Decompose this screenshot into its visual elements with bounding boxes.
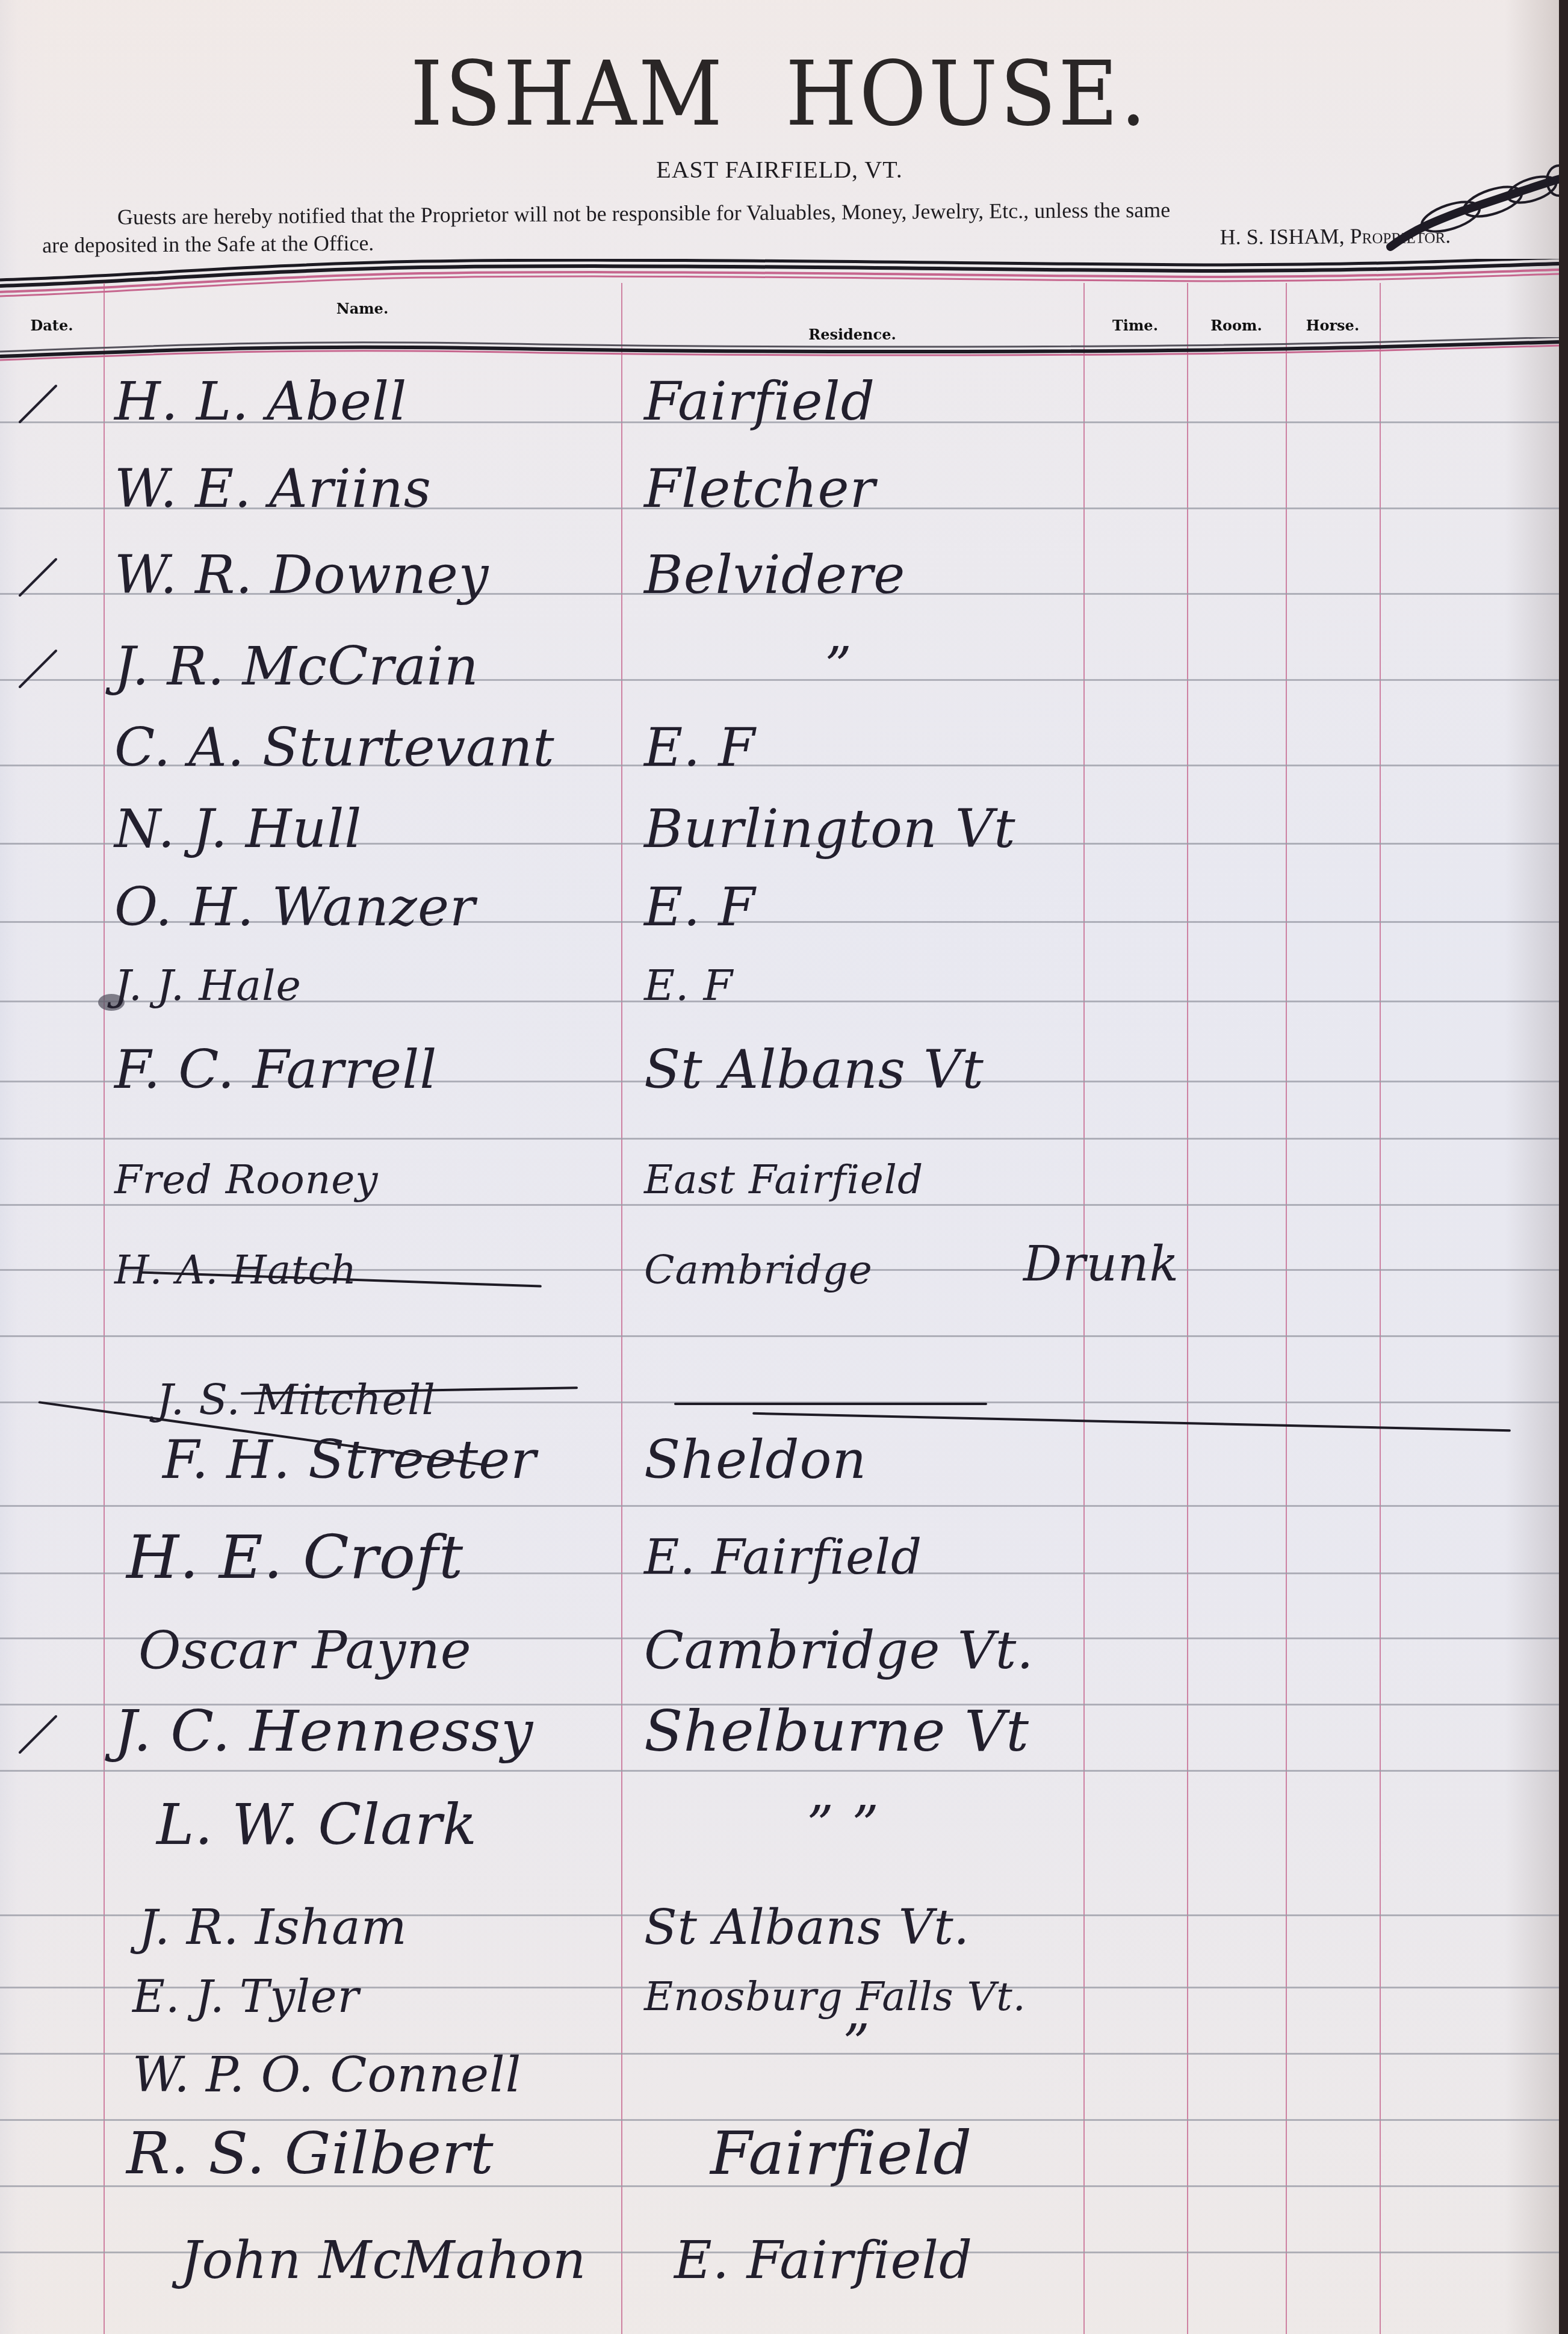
register-entry: H. E. Croft E. Fairfield — [0, 1511, 1559, 1595]
register-entry: N. J. Hull Burlington Vt — [0, 783, 1559, 867]
guest-residence: ” — [843, 2011, 870, 2077]
register-entry: E. J. Tyler Enosburg Falls Vt. — [0, 1951, 1559, 2035]
register-entry: H. L. Abell Fairfield — [0, 355, 1559, 439]
register-entry: F. H. Streeter Sheldon — [0, 1397, 1559, 1481]
row-rule — [0, 1770, 1559, 1772]
register-page: ISHAMHOUSE. EAST FAIRFIELD, VT. Guests a… — [0, 0, 1568, 2334]
guest-residence: ” ” — [807, 1792, 879, 1858]
guest-residence: Belvidere — [644, 542, 905, 608]
guest-name: John McMahon — [181, 2227, 586, 2294]
guest-name: E. J. Tyler — [132, 1964, 359, 2030]
checkmark-icon — [17, 556, 59, 598]
register-entry: O. H. Wanzer E. F — [0, 861, 1559, 945]
register-entry: John McMahon E. Fairfield — [0, 2215, 1559, 2300]
title-word-1: ISHAM — [411, 42, 725, 146]
guest-residence: Fairfield — [710, 2120, 972, 2187]
guest-residence: Shelburne Vt — [644, 1699, 1029, 1765]
guest-name: W. P. O. Connell — [132, 2042, 521, 2108]
guest-residence: E. Fairfield — [674, 2227, 973, 2294]
notice-line-2: are deposited in the Safe at the Office. — [42, 229, 374, 259]
guest-name: W. R. Downey — [114, 542, 489, 608]
register-entry: Fred Rooney East Fairfield — [0, 1147, 1559, 1213]
guest-name: J. J. Hale — [114, 952, 302, 1019]
guest-name: J. R. McCrain — [114, 633, 479, 700]
register-entry: R. S. Gilbert Fairfield — [0, 2107, 1559, 2191]
register-entry: J. R. McCrain ” — [0, 620, 1559, 704]
row-rule — [0, 1505, 1559, 1507]
guest-residence: Cambridge Vt. — [644, 1618, 1034, 1684]
guest-residence: E. F — [644, 715, 755, 781]
register-entry: J. S. Mitchell — [0, 1288, 1559, 1373]
guest-name: F. C. Farrell — [114, 1037, 438, 1103]
checkmark-icon — [17, 648, 59, 690]
guest-residence: Fletcher — [644, 456, 876, 522]
register-entry: W. E. Ariins Fletcher — [0, 442, 1559, 527]
guest-name: C. A. Sturtevant — [114, 715, 555, 781]
page-title: ISHAMHOUSE. — [63, 42, 1497, 146]
title-word-2: HOUSE. — [786, 42, 1148, 146]
guest-residence: St Albans Vt — [644, 1037, 984, 1103]
checkmark-icon — [17, 383, 59, 425]
hotel-location: EAST FAIRFIELD, VT. — [0, 155, 1559, 184]
guest-note: Drunk — [1023, 1231, 1179, 1297]
guest-residence: E. F — [644, 874, 755, 940]
guest-name: Fred Rooney — [114, 1147, 379, 1213]
register-entry: J. C. Hennessy Shelburne Vt — [0, 1686, 1559, 1770]
guest-name: H. L. Abell — [114, 368, 407, 435]
register-entry: F. C. Farrell St Albans Vt — [0, 1023, 1559, 1108]
register-entry: C. A. Sturtevant E. F — [0, 701, 1559, 786]
guest-residence: ” — [825, 633, 852, 700]
guest-residence: E. Fairfield — [644, 1524, 922, 1591]
guest-name: F. H. Streeter — [163, 1427, 536, 1493]
guest-name: W. E. Ariins — [114, 456, 432, 522]
row-rule — [0, 1138, 1559, 1140]
guest-name: H. E. Croft — [126, 1524, 463, 1591]
register-entry: W. R. Downey Belvidere — [0, 529, 1559, 613]
guest-name: L. W. Clark — [156, 1792, 477, 1858]
guest-name: N. J. Hull — [114, 796, 362, 862]
register-entry: W. P. O. Connell ” — [0, 2029, 1559, 2113]
liability-notice: Guests are hereby notified that the Prop… — [42, 194, 1499, 259]
guest-residence: Sheldon — [644, 1427, 867, 1493]
guest-name: J. C. Hennessy — [114, 1699, 533, 1765]
register-entry: H. A. Hatch Cambridge Drunk — [0, 1213, 1559, 1279]
guest-residence: East Fairfield — [644, 1147, 923, 1213]
checkmark-icon — [17, 1713, 59, 1755]
guest-name: R. S. Gilbert — [126, 2120, 494, 2187]
book-binding-edge — [1559, 0, 1568, 2334]
register-entry: J. J. Hale E. F — [0, 939, 1559, 1023]
guest-name: Oscar Payne — [138, 1618, 472, 1684]
guest-residence: Fairfield — [644, 368, 875, 435]
ink-flourish-icon — [1378, 163, 1568, 265]
guest-residence: Burlington Vt — [644, 796, 1016, 862]
register-entry: L. W. Clark ” ” — [0, 1779, 1559, 1863]
guest-residence: E. F — [644, 952, 733, 1019]
guest-residence: Enosburg Falls Vt. — [644, 1964, 1026, 2030]
guest-name: O. H. Wanzer — [114, 874, 476, 940]
register-entry: Oscar Payne Cambridge Vt. — [0, 1604, 1559, 1689]
